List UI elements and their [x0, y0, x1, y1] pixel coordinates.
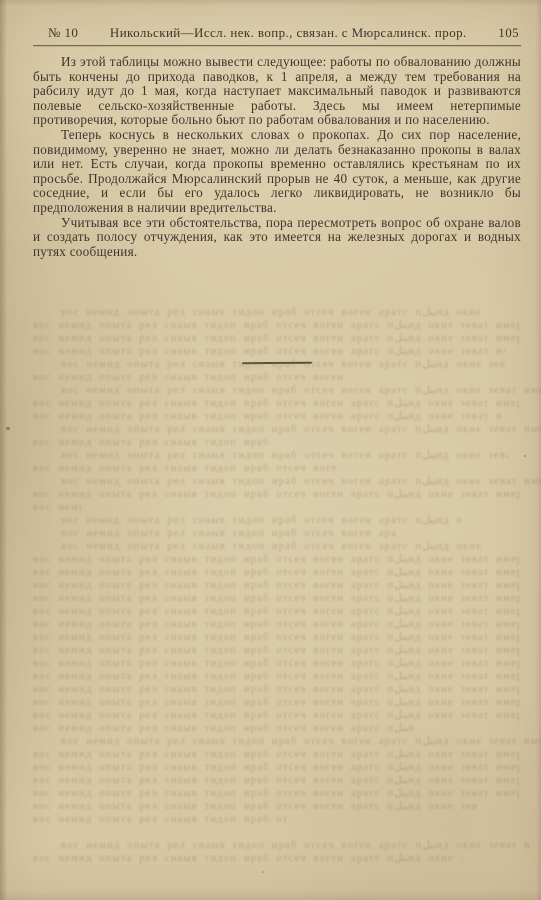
ghost-text-line: вос немид опыта рел снаыв тидоп ираб отс…: [33, 709, 520, 722]
ghost-text-line: вос немид опыта рел снаыв тидоп ираб отс…: [33, 345, 505, 358]
paragraph: Из этой таблицы можно вывести следующее:…: [33, 55, 521, 128]
ghost-text-line: вос немид опыта рел снаыв тидоп ираб отс…: [33, 566, 520, 579]
ghost-text-line: вос немид опыта рел снаыв тидоп ираб отс…: [33, 319, 520, 332]
ghost-text-line: вос немид опыта рел снаыв тидоп ираб отс…: [33, 592, 520, 605]
ghost-text-line: вос немид опыта рел снаыв тидоп ираб отс…: [33, 631, 520, 644]
ghost-text-line: вос немид опыта рел снаыв тидоп ираб отс…: [61, 527, 396, 540]
paper-speck: [6, 427, 10, 430]
ghost-text-line: вос немид опыта рел снаыв тидоп ираб отс…: [33, 332, 520, 345]
ghost-text-line: вос немид опыта рел снаыв тидоп ираб отс…: [33, 618, 520, 631]
ghost-text-line: вос немид опыта рел снаыв тидоп ираб отс…: [61, 306, 481, 319]
ghost-text-line: вос немид опыта рел снаыв тидоп ираб отс…: [33, 761, 520, 774]
ghost-text-line: вос немид опыта рел снаыв тидоп ираб отс…: [33, 787, 520, 800]
header-rule: [33, 45, 521, 46]
section-divider: [242, 362, 312, 364]
ghost-text-line: вос немид опыта рел снаыв тидоп ираб отс…: [33, 397, 520, 410]
running-title: Никольский—Иссл. нек. вопр., связан. с М…: [78, 25, 498, 41]
ghost-text-line: вос немид опыта рел снаыв тидоп ираб отс…: [61, 839, 531, 852]
ghost-text-line: вос немид опыта рел снаыв тидоп ираб отс…: [61, 358, 506, 371]
ghost-text-line: вос немид опыта рел снаыв тидоп ираб отс…: [33, 501, 81, 514]
ghost-text-line: вос немид опыта рел снаыв тидоп ираб отс…: [33, 488, 520, 501]
ghost-text-line: вос немид опыта рел снаыв тидоп ираб отс…: [61, 384, 541, 397]
ghost-text-line: вос немид опыта рел снаыв тидоп ираб отс…: [33, 410, 501, 423]
running-header: № 10 Никольский—Иссл. нек. вопр., связан…: [33, 25, 521, 41]
ghost-text-line: вос немид опыта рел снаыв тидоп ираб отс…: [33, 800, 478, 813]
paper-speck: [524, 455, 526, 457]
ghost-text-line: вос немид опыта рел снаыв тидоп ираб отс…: [33, 644, 520, 657]
issue-number: № 10: [48, 25, 78, 41]
paper-speck: [262, 871, 264, 873]
article-body: Из этой таблицы можно вывести следующее:…: [33, 55, 521, 259]
ghost-text-line: вос немид опыта рел снаыв тидоп ираб отс…: [33, 462, 338, 475]
paragraph: Теперь коснусь в нескольких словах о про…: [33, 128, 521, 216]
ghost-text: вос немид опыта рел снаыв тидоп ираб отс…: [33, 306, 521, 865]
ghost-text-line: вос немид опыта рел снаыв тидоп ираб отс…: [61, 540, 489, 553]
ghost-text-line: вос немид опыта рел снаыв тидоп ираб отс…: [61, 475, 541, 488]
ghost-text-line: вос немид опыта рел снаыв тидоп ираб отс…: [61, 735, 541, 748]
paragraph: Учитывая все эти обстоятельства, пора пе…: [33, 216, 521, 260]
ghost-text-line: вос немид опыта рел снаыв тидоп ираб отс…: [33, 683, 520, 696]
ghost-text-line: вос немид опыта рел снаыв тидоп ираб отс…: [61, 449, 509, 462]
ghost-text-line: вос немид опыта рел снаыв тидоп ираб отс…: [61, 423, 541, 436]
ghost-text-line: вос немид опыта рел снаыв тидоп ираб отс…: [33, 371, 343, 384]
ghost-text-line: вос немид опыта рел снаыв тидоп ираб отс…: [33, 657, 520, 670]
ghost-text-line: вос немид опыта рел снаыв тидоп ираб отс…: [33, 852, 463, 865]
ghost-text-line: вос немид опыта рел снаыв тидоп ираб отс…: [33, 696, 520, 709]
ghost-text-line: вос немид опыта рел снаыв тидоп ираб отс…: [33, 722, 415, 735]
ghost-text-line: вос немид опыта рел снаыв тидоп ираб отс…: [33, 436, 268, 449]
ghost-text-line: вос немид опыта рел снаыв тидоп ираб отс…: [33, 579, 520, 592]
ghost-text-line: вос немид опыта рел снаыв тидоп ираб отс…: [33, 553, 520, 566]
ghost-text-line: вос немид опыта рел снаыв тидоп ираб отс…: [33, 748, 520, 761]
ghost-text-line: вос немид опыта рел снаыв тидоп ираб отс…: [33, 774, 520, 787]
ghost-text-line: вос немид опыта рел снаыв тидоп ираб отс…: [33, 813, 288, 826]
page-number: 105: [498, 25, 519, 41]
ghost-text-line: вос немид опыта рел снаыв тидоп ираб отс…: [33, 605, 520, 618]
ghost-text-line: вос немид опыта рел снаыв тидоп ираб отс…: [61, 514, 463, 527]
ghost-text-line: вос немид опыта рел снаыв тидоп ираб отс…: [33, 670, 520, 683]
scanned-book-page: № 10 Никольский—Иссл. нек. вопр., связан…: [0, 0, 541, 900]
